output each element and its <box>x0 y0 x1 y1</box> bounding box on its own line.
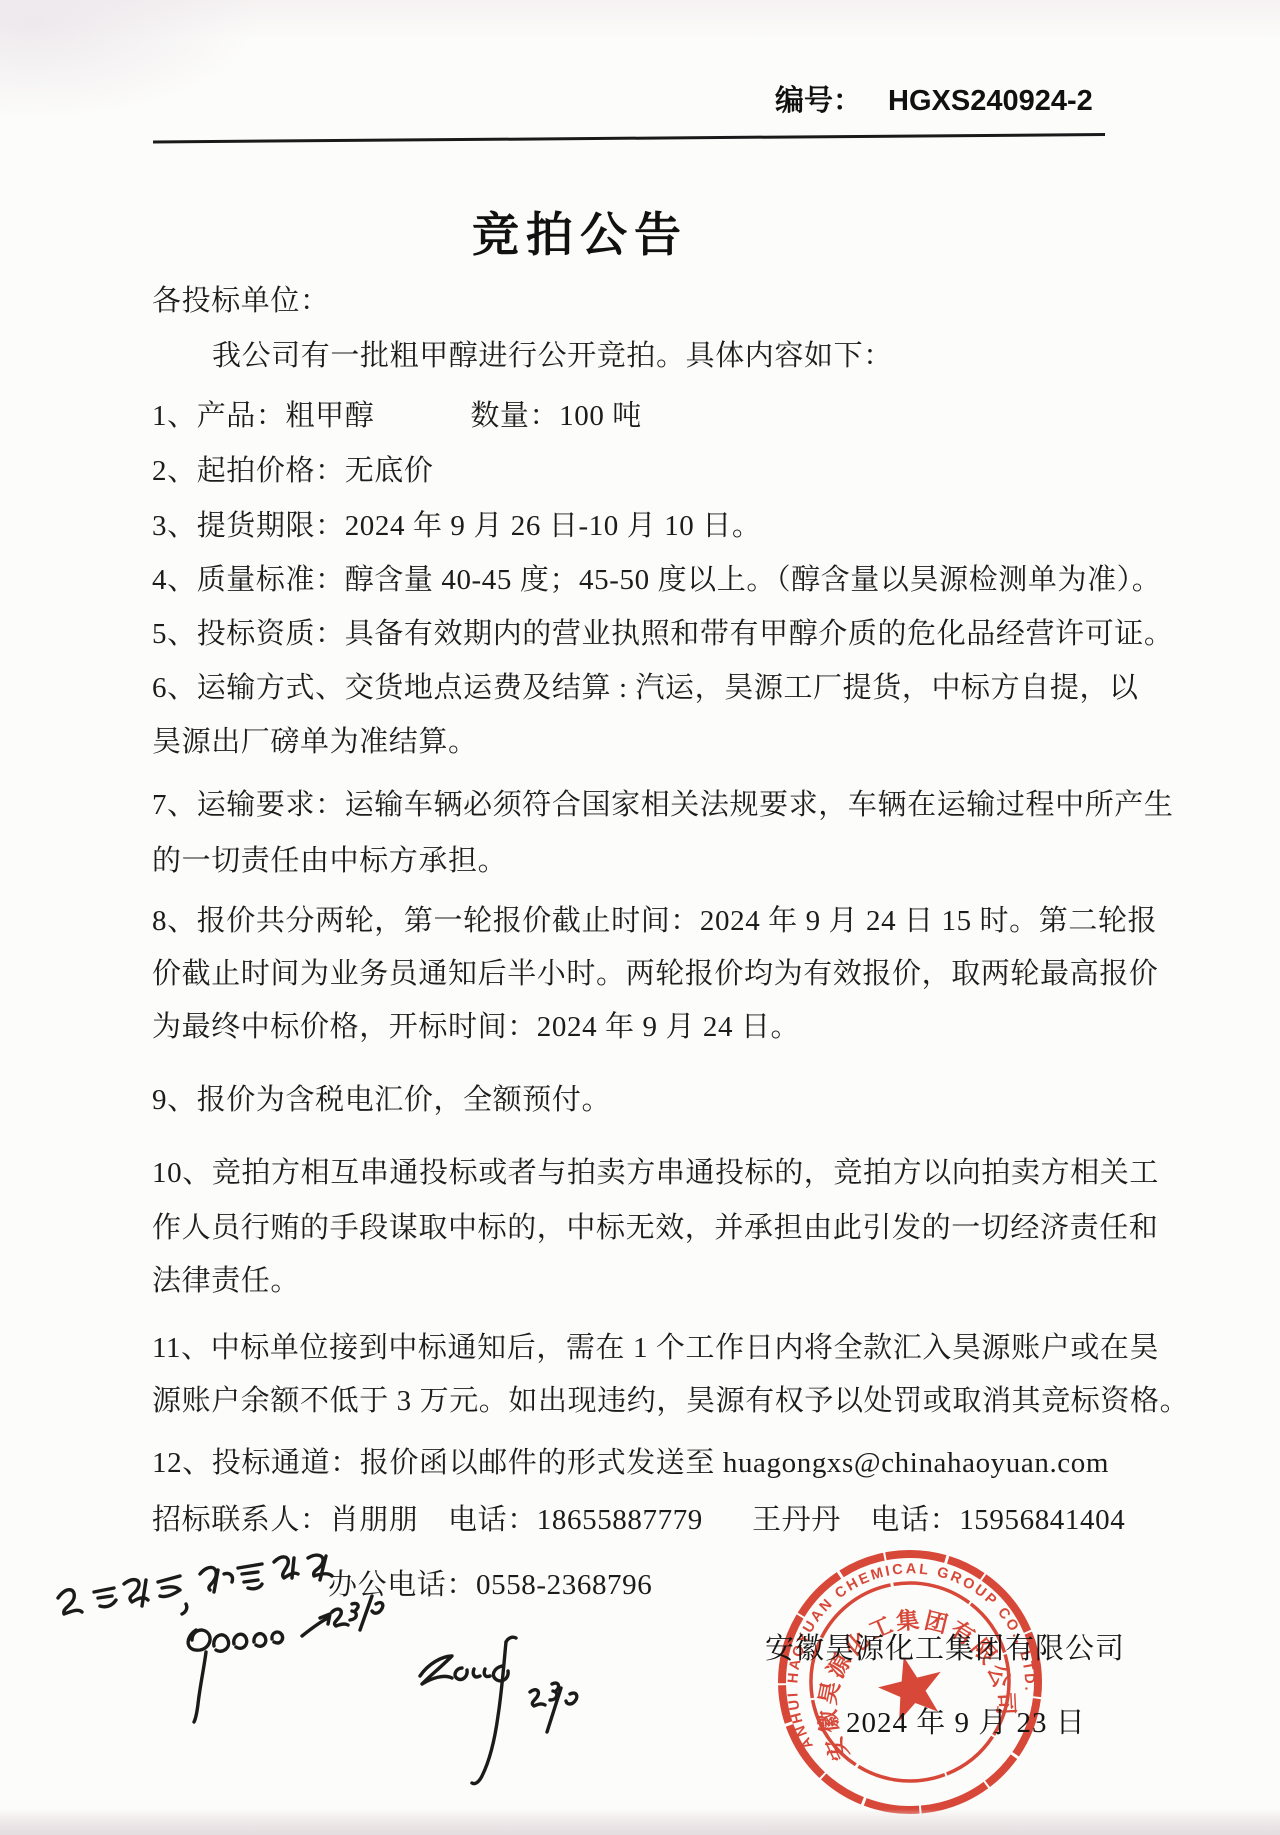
seal-svg: ANHUI HAOYUAN CHEMICAL GROUP CO., LTD. 安… <box>768 1540 1052 1824</box>
scan-edge-blotch <box>0 0 260 120</box>
salutation-line: 各投标单位： <box>152 278 330 319</box>
handwritten-annotation <box>58 1555 332 1614</box>
footer-company-name: 安徽昊源化工集团有限公司 <box>765 1626 1125 1667</box>
footer-date: 2024 年 9 月 23 日 <box>846 1700 1086 1741</box>
item-6-line-1: 6、运输方式、交货地点运费及结算 : 汽运，昊源工厂提货，中标方自提，以 <box>152 665 1139 706</box>
header-rule <box>153 133 1105 143</box>
item-10-line-1: 10、竞拍方相互串通投标或者与拍卖方串通投标的，竞拍方以向拍卖方相关工 <box>152 1150 1159 1191</box>
item-7-line-1: 7、运输要求：运输车辆必须符合国家相关法规要求，车辆在运输过程中所产生 <box>152 782 1174 823</box>
doc-number-label: 编号： <box>775 78 862 119</box>
doc-number-row: 编号： HGXS240924-2 <box>775 78 1093 119</box>
scan-edge-bottom <box>0 1809 1280 1835</box>
doc-number-value: HGXS240924-2 <box>888 85 1093 118</box>
company-seal-stamp: ANHUI HAOYUAN CHEMICAL GROUP CO., LTD. 安… <box>768 1540 1052 1824</box>
item-2-line: 2、起拍价格：无底价 <box>152 448 434 489</box>
intro-line: 我公司有一批粗甲醇进行公开竞拍。具体内容如下： <box>212 333 893 374</box>
item-4-line: 4、质量标准：醇含量 40-45 度；45-50 度以上。（醇含量以昊源检测单为… <box>152 557 1161 598</box>
item-1-line: 1、产品：粗甲醇数量：100 吨 <box>152 393 642 434</box>
item-8-line-3: 为最终中标价格，开标时间：2024 年 9 月 24 日。 <box>152 1004 800 1045</box>
item-10-line-3: 法律责任。 <box>152 1258 300 1299</box>
page-title: 竞拍公告 <box>0 198 1160 265</box>
item-11-line-2: 源账户余额不低于 3 万元。如出现违约，昊源有权予以处罚或取消其竞标资格。 <box>152 1378 1189 1419</box>
item-8-line-1: 8、报价共分两轮，第一轮报价截止时间：2024 年 9 月 24 日 15 时。… <box>152 898 1157 939</box>
item-12-line: 12、投标通道：报价函以邮件的形式发送至 huagongxs@chinahaoy… <box>152 1440 1109 1481</box>
item-1-quantity: 数量：100 吨 <box>470 400 642 432</box>
seal-graphic: ANHUI HAOYUAN CHEMICAL GROUP CO., LTD. 安… <box>768 1540 1052 1824</box>
document-page: 编号： HGXS240924-2 竞拍公告 各投标单位： 我公司有一批粗甲醇进行… <box>0 0 1280 1835</box>
item-3-line: 3、提货期限：2024 年 9 月 26 日-10 月 10 日。 <box>152 503 761 544</box>
item-6-line-2: 昊源出厂磅单为准结算。 <box>152 719 478 760</box>
handwritten-signature-2 <box>420 1637 577 1783</box>
contact-office: 办公电话：0558-2368796 <box>328 1562 652 1603</box>
item-7-line-2: 的一切责任由中标方承担。 <box>152 838 507 879</box>
item-5-line: 5、投标资质：具备有效期内的营业执照和带有甲醇介质的危化品经营许可证。 <box>152 611 1174 652</box>
item-9-line: 9、报价为含税电汇价，全额预付。 <box>152 1077 611 1118</box>
contact-secondary: 王丹丹 电话：15956841404 <box>752 1497 1125 1538</box>
item-11-line-1: 11、中标单位接到中标通知后，需在 1 个工作日内将全款汇入昊源账户或在昊 <box>152 1325 1159 1366</box>
item-1-product: 1、产品：粗甲醇 <box>152 400 374 432</box>
contact-primary: 招标联系人：肖朋朋 电话：18655887779 <box>152 1497 703 1538</box>
item-10-line-2: 作人员行贿的手段谋取中标的，中标无效，并承担由此引发的一切经济责任和 <box>152 1205 1158 1246</box>
item-8-line-2: 价截止时间为业务员通知后半小时。两轮报价均为有效报价，取两轮最高报价 <box>152 951 1158 992</box>
handwritten-signature-1 <box>188 1596 383 1722</box>
